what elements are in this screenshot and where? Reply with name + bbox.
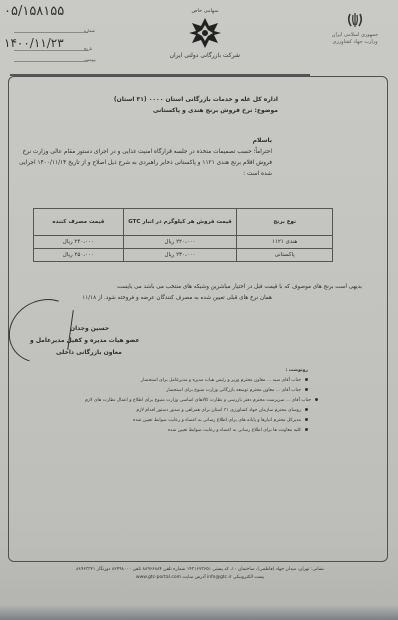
government-emblem-block: جمهوری اسلامی ایران وزارت جهاد کشاورزی — [330, 10, 380, 46]
header-consumer-price: قیمت مصرف کننده — [34, 209, 124, 236]
table-row: پاکستانی ۲۳۰،۰۰۰ ریال ۲۵۰،۰۰۰ ریال — [34, 249, 333, 262]
bullet-icon — [315, 398, 318, 401]
attachment-underline — [14, 61, 88, 62]
bullet-icon — [305, 408, 308, 411]
date-label: تاریخ — [84, 46, 92, 51]
emblem-line-1: جمهوری اسلامی ایران — [330, 32, 380, 39]
header-rice-type: نوع برنج — [237, 209, 333, 236]
photo-edge-shadow — [0, 605, 398, 620]
recipient-line: اداره کل غله و خدمات بازرگانی استان ۰۰۰۰… — [114, 96, 278, 104]
cc-item: مدیرکل محترم انبارها و پایانه های برای ا… — [133, 418, 308, 424]
subject-line: موضوع: نرخ فروش برنج هندی و پاکستانی — [153, 107, 278, 115]
signatory-title-1: عضو هیات مدیره و کفیل مدیرعامل و — [30, 337, 140, 345]
date-underline — [14, 50, 88, 51]
number-label: شماره — [84, 28, 95, 33]
cc-label: رونوشت : — [286, 368, 308, 374]
body-line-1: احتراماً؛ حسب تصمیمات متخذه در جلسه قرار… — [23, 148, 272, 156]
cell-consumer-price: ۲۵۰،۰۰۰ ریال — [34, 249, 124, 262]
cc-item: روسای محترم سازمان جهاد کشاورزی ۳۱ استان… — [136, 408, 308, 414]
signatory-name: حسین وجدان — [70, 325, 109, 333]
iran-emblem-icon — [345, 10, 365, 30]
cell-rice-type: هندی ۱۱۲۱ — [237, 236, 333, 249]
table-header-row: نوع برنج قیمت فروش هر کیلوگرم در انبار G… — [34, 209, 333, 236]
letter-number: ۰۵/۱۵۸۱۵۵ — [4, 4, 64, 19]
salutation: باسلام — [253, 137, 272, 145]
company-star-logo-icon — [188, 16, 222, 50]
cc-item: جناب آقای ... معاون محترم توسعه بازرگانی… — [166, 388, 308, 394]
cell-consumer-price: ۲۴۰،۰۰۰ ریال — [34, 236, 124, 249]
body-line-3: شده است : — [243, 170, 272, 178]
bullet-icon — [305, 418, 308, 421]
footer-web: پست الکترونیکی info@gtc.ir آدرس سایت www… — [20, 574, 380, 582]
bullet-icon — [305, 428, 308, 431]
signatory-title-2: معاون بازرگانی داخلی — [56, 349, 122, 357]
emblem-line-2: وزارت جهاد کشاورزی — [330, 39, 380, 46]
cell-gtc-price: ۲۳۰،۰۰۰ ریال — [123, 249, 237, 262]
company-logo-block: سهامی خاص شرکت بازرگانی دولتی ایران — [170, 8, 240, 59]
bullet-icon — [305, 388, 308, 391]
bullet-icon — [305, 378, 308, 381]
header-gtc-price: قیمت فروش هر کیلوگرم در انبار GTC — [123, 209, 237, 236]
closing-line-2: همان نرخ های قبلی تعیین شده به مصرف کنند… — [82, 294, 272, 302]
footer-address: نشانی: تهران، میدان جهاد (فاطمی)، ساختما… — [20, 566, 380, 574]
closing-line-1: بدیهی است برنج های موصوف که با قیمت قبل … — [117, 283, 362, 291]
letter-date: ۱۴۰۰/۱۱/۲۳ — [4, 36, 64, 50]
company-type: سهامی خاص — [170, 8, 240, 14]
cc-item: جناب آقای سید ... معاون محترم وزیر و رئی… — [141, 378, 308, 384]
number-underline — [14, 32, 88, 33]
body-line-2: فروش اقلام برنج هندی ۱۱۲۱ و پاکستانی ذخا… — [19, 159, 272, 167]
rice-price-table: نوع برنج قیمت فروش هر کیلوگرم در انبار G… — [33, 208, 333, 262]
cell-rice-type: پاکستانی — [237, 249, 333, 262]
cell-gtc-price: ۲۲۰،۰۰۰ ریال — [123, 236, 237, 249]
cc-item: جناب آقای ... سرپرست محترم دفتر بازرسی و… — [85, 398, 318, 404]
attachment-label: پیوست — [84, 57, 96, 62]
letter-footer: نشانی: تهران، میدان جهاد (فاطمی)، ساختما… — [20, 566, 380, 582]
company-name: شرکت بازرگانی دولتی ایران — [170, 52, 240, 59]
table-row: هندی ۱۱۲۱ ۲۲۰،۰۰۰ ریال ۲۴۰،۰۰۰ ریال — [34, 236, 333, 249]
cc-item: کلیه معاونت ها برای اطلاع رسانی به اعضاء… — [168, 428, 308, 434]
